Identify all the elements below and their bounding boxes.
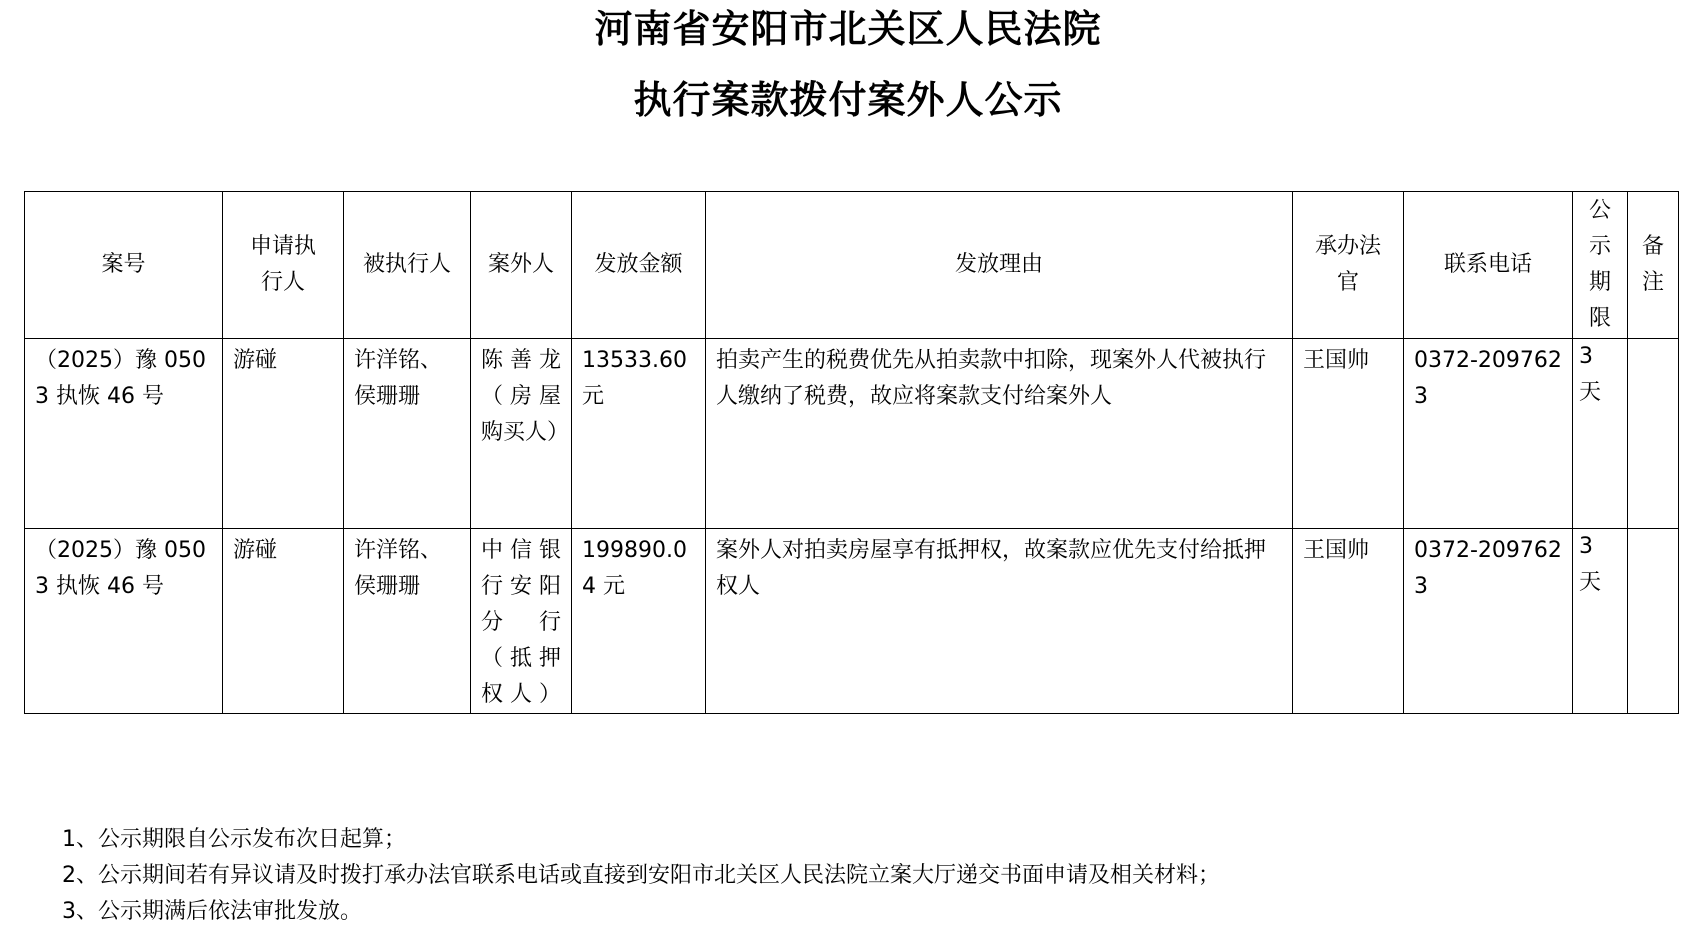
header-third-party: 案外人 [471,192,572,339]
cell-period: 3 天 [1573,529,1628,714]
cell-case-no: （2025）豫 0503 执恢 46 号 [25,529,223,714]
cell-remark [1628,339,1679,529]
cell-third-party: 中信银行安阳分行（抵押权人） [471,529,572,714]
table-row: （2025）豫 0503 执恢 46 号 游碰 许洋铭、侯珊珊 中信银行安阳分行… [25,529,1679,714]
cell-phone: 0372-2097623 [1404,339,1573,529]
table-row: （2025）豫 0503 执恢 46 号 游碰 许洋铭、侯珊珊 陈善龙（房屋购买… [25,339,1679,529]
note-item: 1、公示期限自公示发布次日起算； [62,822,1220,858]
cell-applicant: 游碰 [223,339,344,529]
table-header-row: 案号 申请执行人 被执行人 案外人 发放金额 发放理由 承办法官 联系电话 公示… [25,192,1679,339]
cell-reason: 拍卖产生的税费优先从拍卖款中扣除，现案外人代被执行人缴纳了税费，故应将案款支付给… [706,339,1293,529]
header-case-no: 案号 [25,192,223,339]
header-amount: 发放金额 [572,192,706,339]
header-remark: 备注 [1628,192,1679,339]
cell-amount: 199890.04 元 [572,529,706,714]
cell-third-party: 陈善龙（房屋购买人） [471,339,572,529]
cell-period: 3 天 [1573,339,1628,529]
note-item: 2、公示期间若有异议请及时拨打承办法官联系电话或直接到安阳市北关区人民法院立案大… [62,858,1220,894]
header-respondent: 被执行人 [344,192,471,339]
header-applicant: 申请执行人 [223,192,344,339]
cell-phone: 0372-2097623 [1404,529,1573,714]
disbursement-table: 案号 申请执行人 被执行人 案外人 发放金额 发放理由 承办法官 联系电话 公示… [24,191,1679,714]
cell-respondent: 许洋铭、侯珊珊 [344,339,471,529]
cell-reason: 案外人对拍卖房屋享有抵押权，故案款应优先支付给抵押权人 [706,529,1293,714]
cell-respondent: 许洋铭、侯珊珊 [344,529,471,714]
cell-remark [1628,529,1679,714]
cell-case-no: （2025）豫 0503 执恢 46 号 [25,339,223,529]
cell-judge: 王国帅 [1293,339,1404,529]
header-period: 公示期限 [1573,192,1628,339]
header-judge: 承办法官 [1293,192,1404,339]
cell-amount: 13533.60 元 [572,339,706,529]
cell-judge: 王国帅 [1293,529,1404,714]
document-title-notice: 执行案款拨付案外人公示 [0,78,1696,122]
document-title-court: 河南省安阳市北关区人民法院 [0,7,1696,51]
note-item: 3、公示期满后依法审批发放。 [62,894,1220,930]
notes-section: 1、公示期限自公示发布次日起算； 2、公示期间若有异议请及时拨打承办法官联系电话… [62,822,1220,930]
header-phone: 联系电话 [1404,192,1573,339]
header-reason: 发放理由 [706,192,1293,339]
cell-applicant: 游碰 [223,529,344,714]
